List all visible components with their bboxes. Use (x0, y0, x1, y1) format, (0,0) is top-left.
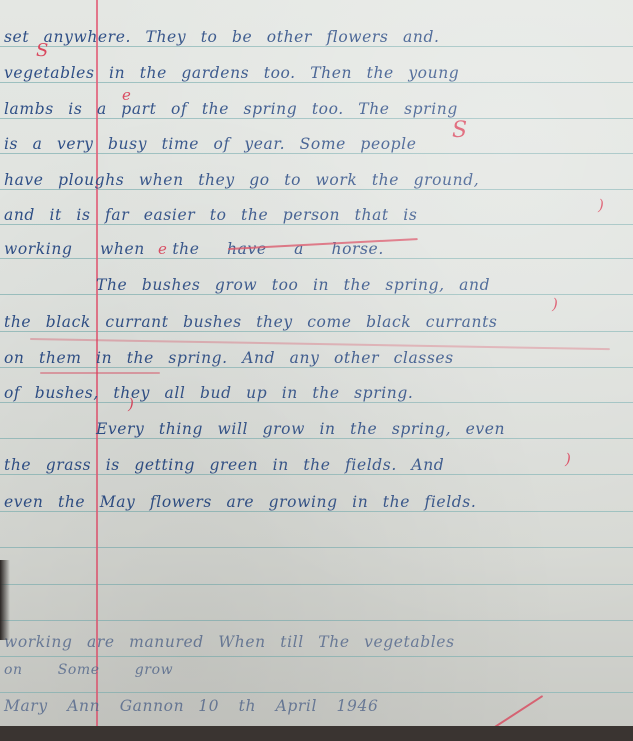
rule-line (0, 258, 633, 259)
correction-mark: ) (552, 295, 558, 313)
correction-mark: ) (598, 196, 604, 214)
rule-line (0, 118, 633, 119)
signature-date: 10 th April 1946 (198, 697, 378, 715)
rule-line (0, 474, 633, 475)
rule-line (0, 189, 633, 190)
text-line: vegetables in the gardens too. Then the … (4, 64, 629, 82)
rule-line (0, 692, 633, 693)
rule-line (0, 511, 633, 512)
correction-mark: S (36, 40, 48, 61)
rule-line (0, 46, 633, 47)
text-line: even the May flowers are growing in the … (4, 493, 629, 511)
rule-line (0, 294, 633, 295)
correction-mark: ) (565, 450, 571, 468)
rule-line (0, 367, 633, 368)
rule-line (0, 224, 633, 225)
rule-line (0, 656, 633, 657)
text-line: set anywhere. They to be other flowers a… (4, 28, 629, 46)
correction-mark: S (452, 118, 467, 143)
text-line: on them in the spring. And any other cla… (4, 349, 629, 367)
background-surface (0, 726, 633, 741)
torn-edge (0, 560, 10, 640)
correction-mark: e (122, 86, 131, 104)
rule-line (0, 82, 633, 83)
notebook-page: set anywhere. They to be other flowers a… (0, 0, 633, 728)
text-line: of bushes, they all bud up in the spring… (4, 384, 629, 402)
paragraph-start-line: The bushes grow too in the spring, and (4, 276, 629, 294)
rule-line (0, 584, 633, 585)
text-line: the grass is getting green in the fields… (4, 456, 629, 474)
footer-text-line: working are manured When till The vegeta… (4, 633, 629, 651)
correction-mark: e (158, 240, 167, 258)
signature-name: Mary Ann Gannon (4, 697, 184, 715)
correction-underline (40, 372, 160, 374)
rule-line (0, 402, 633, 403)
rule-line (0, 153, 633, 154)
text-line: is a very busy time of year. Some people (4, 135, 629, 153)
text-line: the black currant bushes they come black… (4, 313, 629, 331)
text-line: lambs is a part of the spring too. The s… (4, 100, 629, 118)
text-line: have ploughs when they go to work the gr… (4, 171, 629, 189)
footer-text-line: on Some grow (4, 662, 629, 678)
correction-mark: ) (128, 395, 134, 413)
text-line: and it is far easier to the person that … (4, 206, 629, 224)
rule-line (0, 620, 633, 621)
rule-line (0, 547, 633, 548)
paragraph-start-line: Every thing will grow in the spring, eve… (4, 420, 629, 438)
rule-line (0, 438, 633, 439)
rule-line (0, 331, 633, 332)
